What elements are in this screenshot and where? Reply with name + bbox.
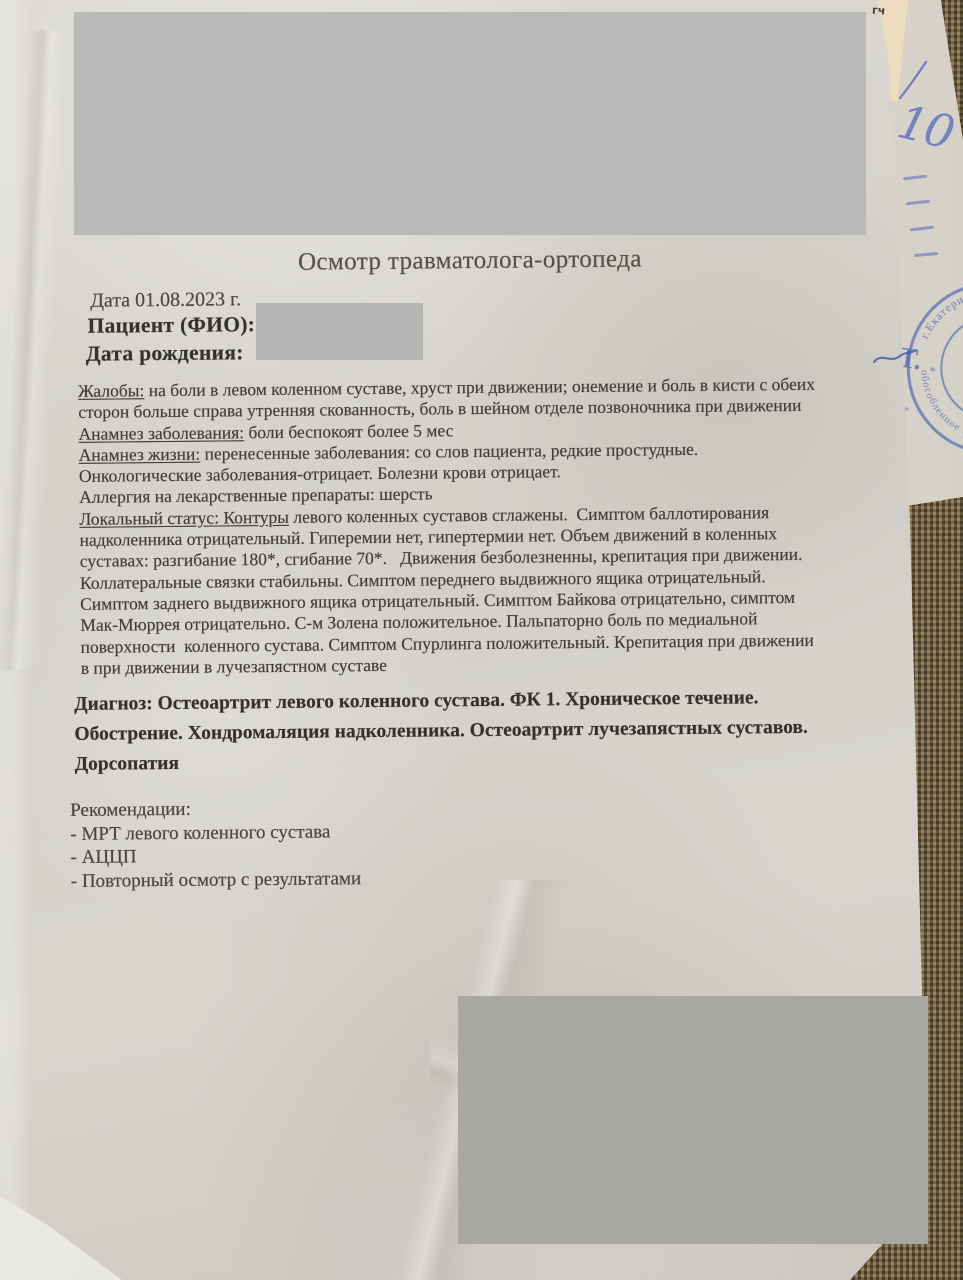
svg-text:г.Екатеринбург: г.Екатеринбург bbox=[918, 276, 963, 350]
section-label: Локальный статус: Контуры bbox=[79, 507, 289, 529]
recommendation-item: - АЦЦП bbox=[70, 843, 361, 869]
svg-text:обособленное подразделение: обособленное подразделение bbox=[909, 368, 963, 451]
redaction-box-letterhead bbox=[74, 12, 866, 235]
diagnosis-block: Диагноз: Остеоартрит левого коленного су… bbox=[74, 683, 808, 780]
pen-checkmark-icon bbox=[872, 344, 918, 370]
redaction-box-bottom bbox=[458, 996, 928, 1244]
handwritten-number: 10 bbox=[892, 94, 958, 160]
patient-label: Пациент (ФИО): bbox=[87, 312, 255, 339]
line-text: левого коленных суставов сглажены. Симпт… bbox=[289, 502, 769, 527]
pen-tally-mark bbox=[903, 175, 927, 181]
recommendation-item: - МРТ левого коленного сустава bbox=[70, 820, 361, 846]
recommendations-heading: Рекомендации: bbox=[70, 796, 361, 822]
exam-date: Дата 01.08.2023 г. bbox=[90, 288, 241, 312]
svg-text:*: * bbox=[928, 363, 937, 379]
body-text-block: Жалобы: на боли в левом коленном суставе… bbox=[78, 374, 818, 679]
line-text: боли беспокоят более 5 мес bbox=[244, 420, 454, 442]
line-text: Аллергия на лекарственные препараты: шер… bbox=[79, 484, 433, 507]
line-text: перенесенные заболевания: со слов пациен… bbox=[200, 439, 698, 464]
section-label: Анамнез жизни: bbox=[79, 444, 201, 465]
line-text: Онкологические заболевания-отрицает. Бол… bbox=[79, 461, 561, 486]
section-label: Анамнез заболевания: bbox=[78, 422, 244, 444]
recommendations-block: Рекомендации: - МРТ левого коленного сус… bbox=[70, 796, 361, 893]
section-label: Жалобы: bbox=[78, 380, 144, 401]
pen-tally-mark bbox=[910, 226, 934, 232]
document-title: Осмотр травматолога-ортопеда bbox=[0, 243, 942, 280]
redaction-box-patient-name bbox=[256, 303, 423, 360]
line-text: в при движении в лучезапястном суставе bbox=[81, 655, 387, 678]
recommendation-item: - Повторный осмотр с результатами bbox=[71, 867, 362, 893]
corner-mark: гч bbox=[872, 4, 886, 18]
pen-tally-mark bbox=[906, 200, 930, 205]
document-photo: г.Екатеринбург обособленное подразделени… bbox=[0, 0, 963, 1280]
birthdate-label: Дата рождения: bbox=[86, 340, 244, 367]
